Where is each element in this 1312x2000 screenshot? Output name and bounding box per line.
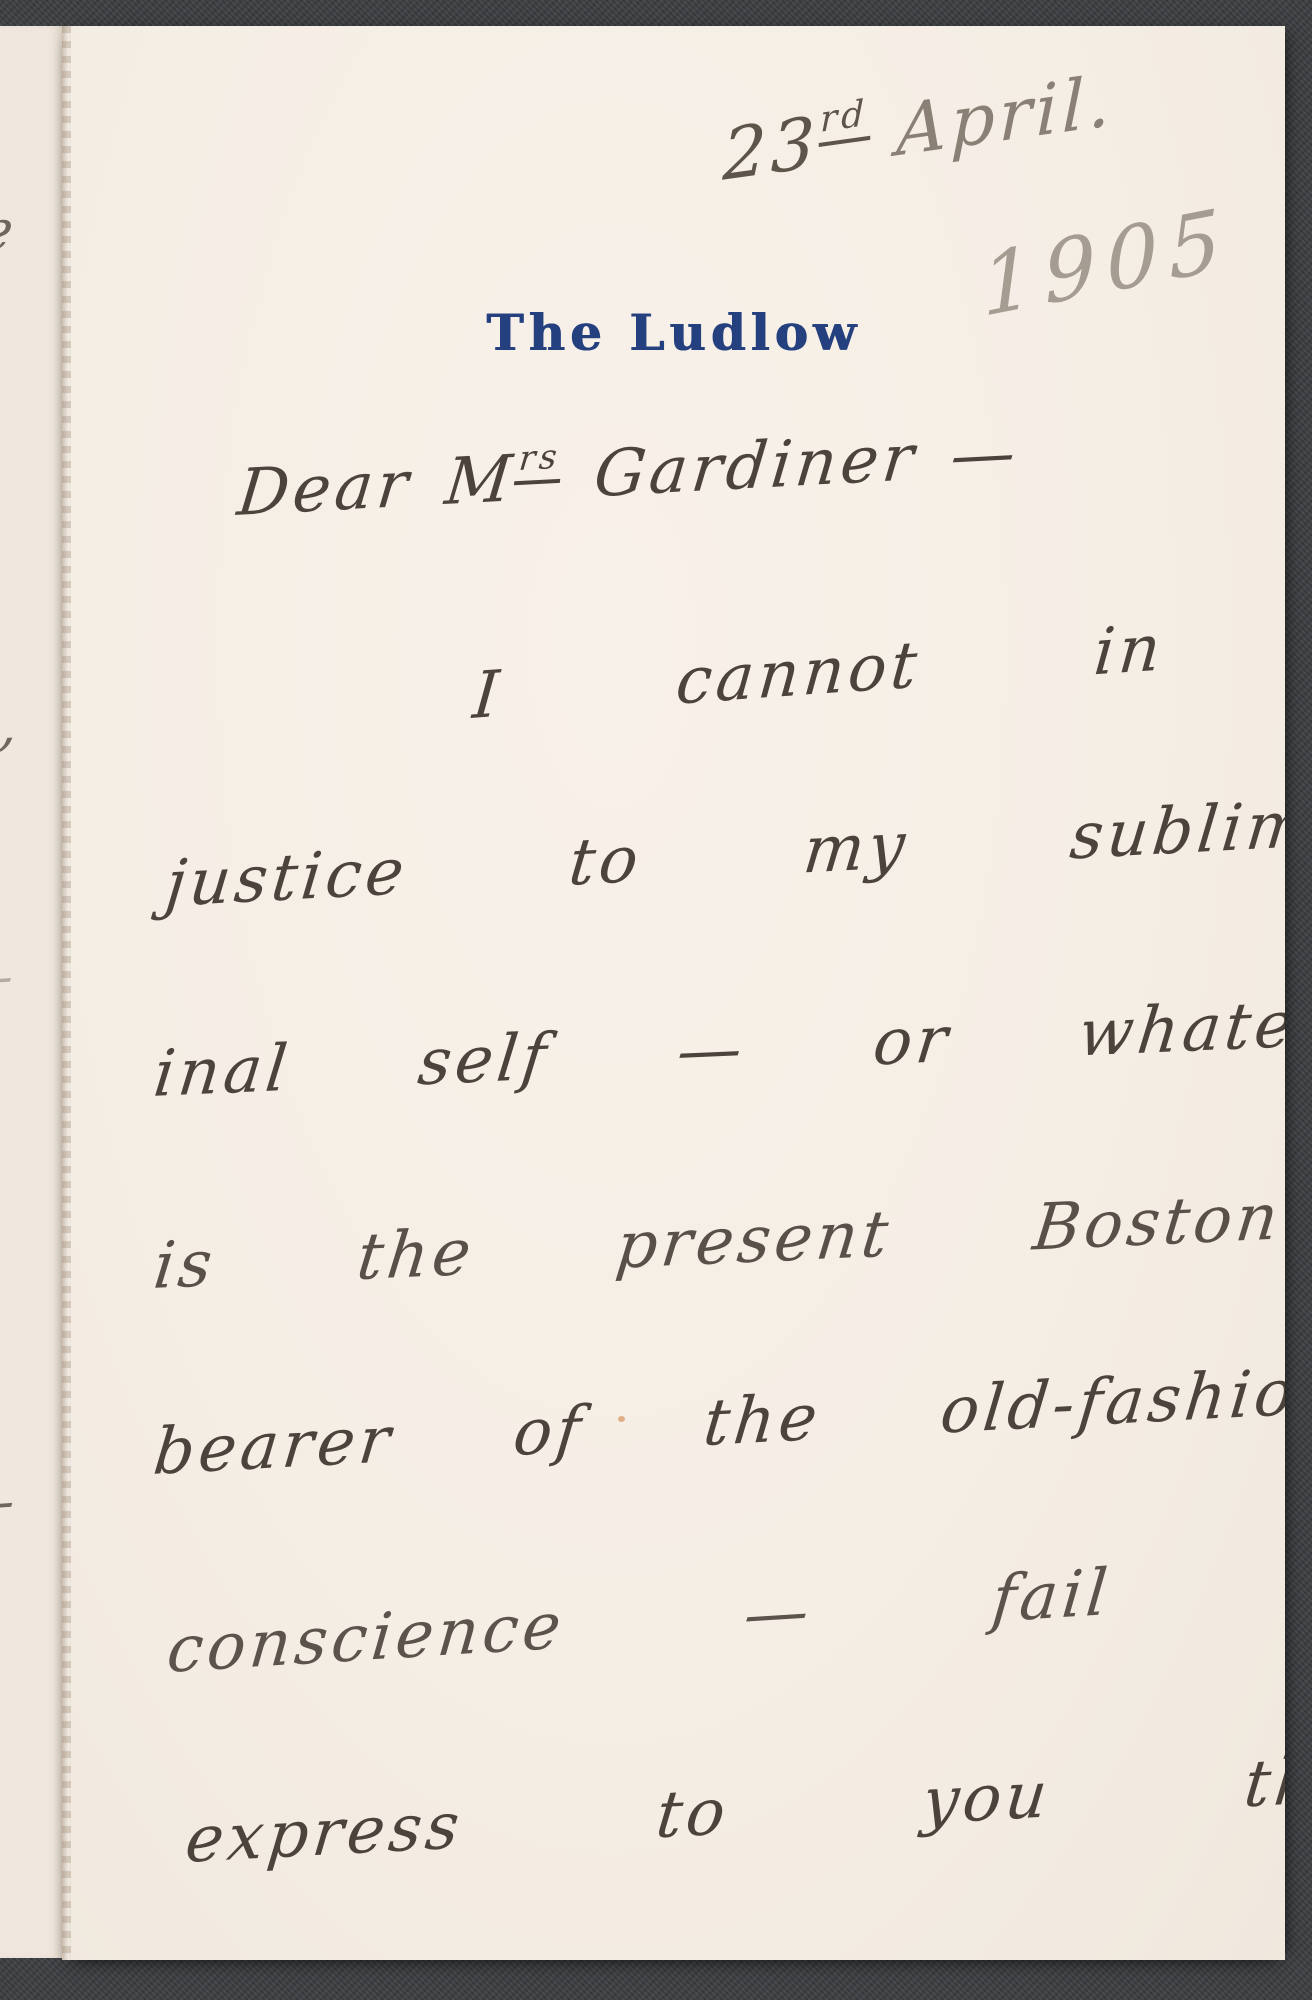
date-day: 23	[722, 100, 820, 197]
date-line: 23rdApril.	[722, 58, 1115, 197]
page-fragment: —	[0, 944, 17, 1011]
under-page-edge: ble y. ie, tal — t— y d.	[0, 26, 64, 1958]
body-line: inal self — or whatever	[150, 983, 1285, 1112]
date-ordinal: rd	[819, 92, 872, 147]
letter-page: 23rdApril. 1905 The Ludlow DearMrsGardin…	[62, 26, 1285, 1960]
body-line: express to you the	[182, 1742, 1285, 1878]
body-line: justice to my sublim-	[162, 786, 1285, 922]
salutation-dash: —	[947, 416, 1023, 494]
body-line: bearer of the old-fashioned	[150, 1349, 1285, 1490]
page-fragment: ble	[0, 198, 16, 267]
letter-photograph: ble y. ie, tal — t— y d. 23rdApril. 1905…	[0, 0, 1312, 2000]
salutation-honorific: M	[442, 442, 519, 520]
page-fragment: d.	[0, 1764, 8, 1831]
page-fragment: t—	[0, 1466, 18, 1540]
body-line: conscience — fail to	[164, 1540, 1285, 1688]
body-line: I cannot in	[470, 611, 1167, 734]
salutation-honorific-sup: rs	[514, 437, 565, 486]
page-fragment: y.	[0, 411, 4, 470]
letterhead: The Ludlow	[62, 292, 1285, 374]
salutation-name: Gardiner	[591, 421, 921, 512]
salutation-line: DearMrsGardiner—	[234, 413, 1023, 531]
body-line: is the present Boston	[150, 1180, 1285, 1304]
date-month: April.	[896, 59, 1115, 173]
salutation-word: Dear	[234, 447, 416, 531]
page-fragment: ie,	[0, 693, 21, 761]
